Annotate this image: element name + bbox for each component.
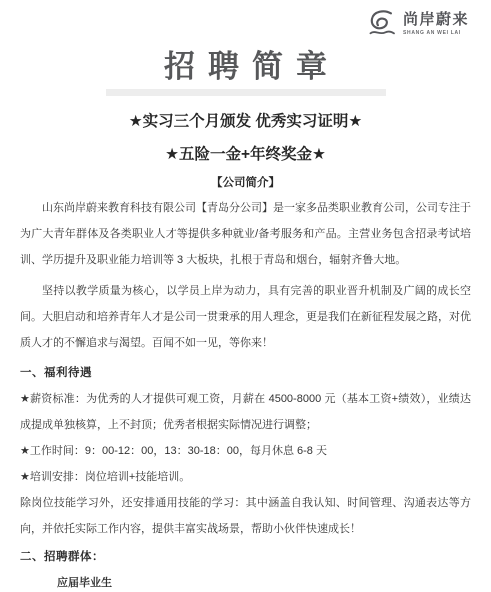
logo-company-name: 尚岸蔚来: [403, 12, 469, 28]
company-intro-label: 【公司简介】: [20, 175, 471, 191]
document-page: 尚岸蔚来 SHANG AN WEI LAI 招聘简章 ★实习三个月颁发 优秀实习…: [0, 0, 491, 592]
welfare-work-time-item: ★工作时间：9：00-12：00，13：30-18：00，每月休息 6-8 天: [20, 438, 471, 464]
title-underline: [106, 89, 386, 96]
company-logo: 尚岸蔚来 SHANG AN WEI LAI: [366, 8, 469, 40]
welfare-training-item: ★培训安排：岗位培训+技能培训。: [20, 464, 471, 490]
logo-row: 尚岸蔚来 SHANG AN WEI LAI: [20, 6, 471, 42]
highlight-insurance-bonus: ★五险一金+年终奖金★: [20, 144, 471, 166]
section-heading-recruit-group: 二、招聘群体：: [20, 544, 471, 570]
company-intro-paragraph-1: 山东尚岸蔚来教育科技有限公司【青岛分公司】是一家多品类职业教育公司，公司专注于为…: [20, 195, 471, 273]
section-heading-welfare: 一、福利待遇: [20, 360, 471, 386]
recruit-target-fresh-graduates: 应届毕业生: [20, 570, 471, 592]
document-body: 山东尚岸蔚来教育科技有限公司【青岛分公司】是一家多品类职业教育公司，公司专注于为…: [20, 195, 471, 592]
company-intro-paragraph-2: 坚持以教学质量为核心，以学员上岸为动力，具有完善的职业晋升机制及广阔的成长空间。…: [20, 278, 471, 356]
logo-text: 尚岸蔚来 SHANG AN WEI LAI: [403, 12, 469, 36]
welfare-training-extra: 除岗位技能学习外，还安排通用技能的学习：其中涵盖自我认知、时间管理、沟通表达等方…: [20, 490, 471, 542]
logo-company-pinyin: SHANG AN WEI LAI: [403, 30, 461, 36]
highlight-internship-certificate: ★实习三个月颁发 优秀实习证明★: [20, 111, 471, 133]
welfare-salary-item: ★薪资标准：为优秀的人才提供可观工资，月薪在 4500-8000 元（基本工资+…: [20, 386, 471, 438]
swoosh-wave-icon: [366, 8, 398, 40]
page-title: 招聘简章: [20, 47, 471, 87]
